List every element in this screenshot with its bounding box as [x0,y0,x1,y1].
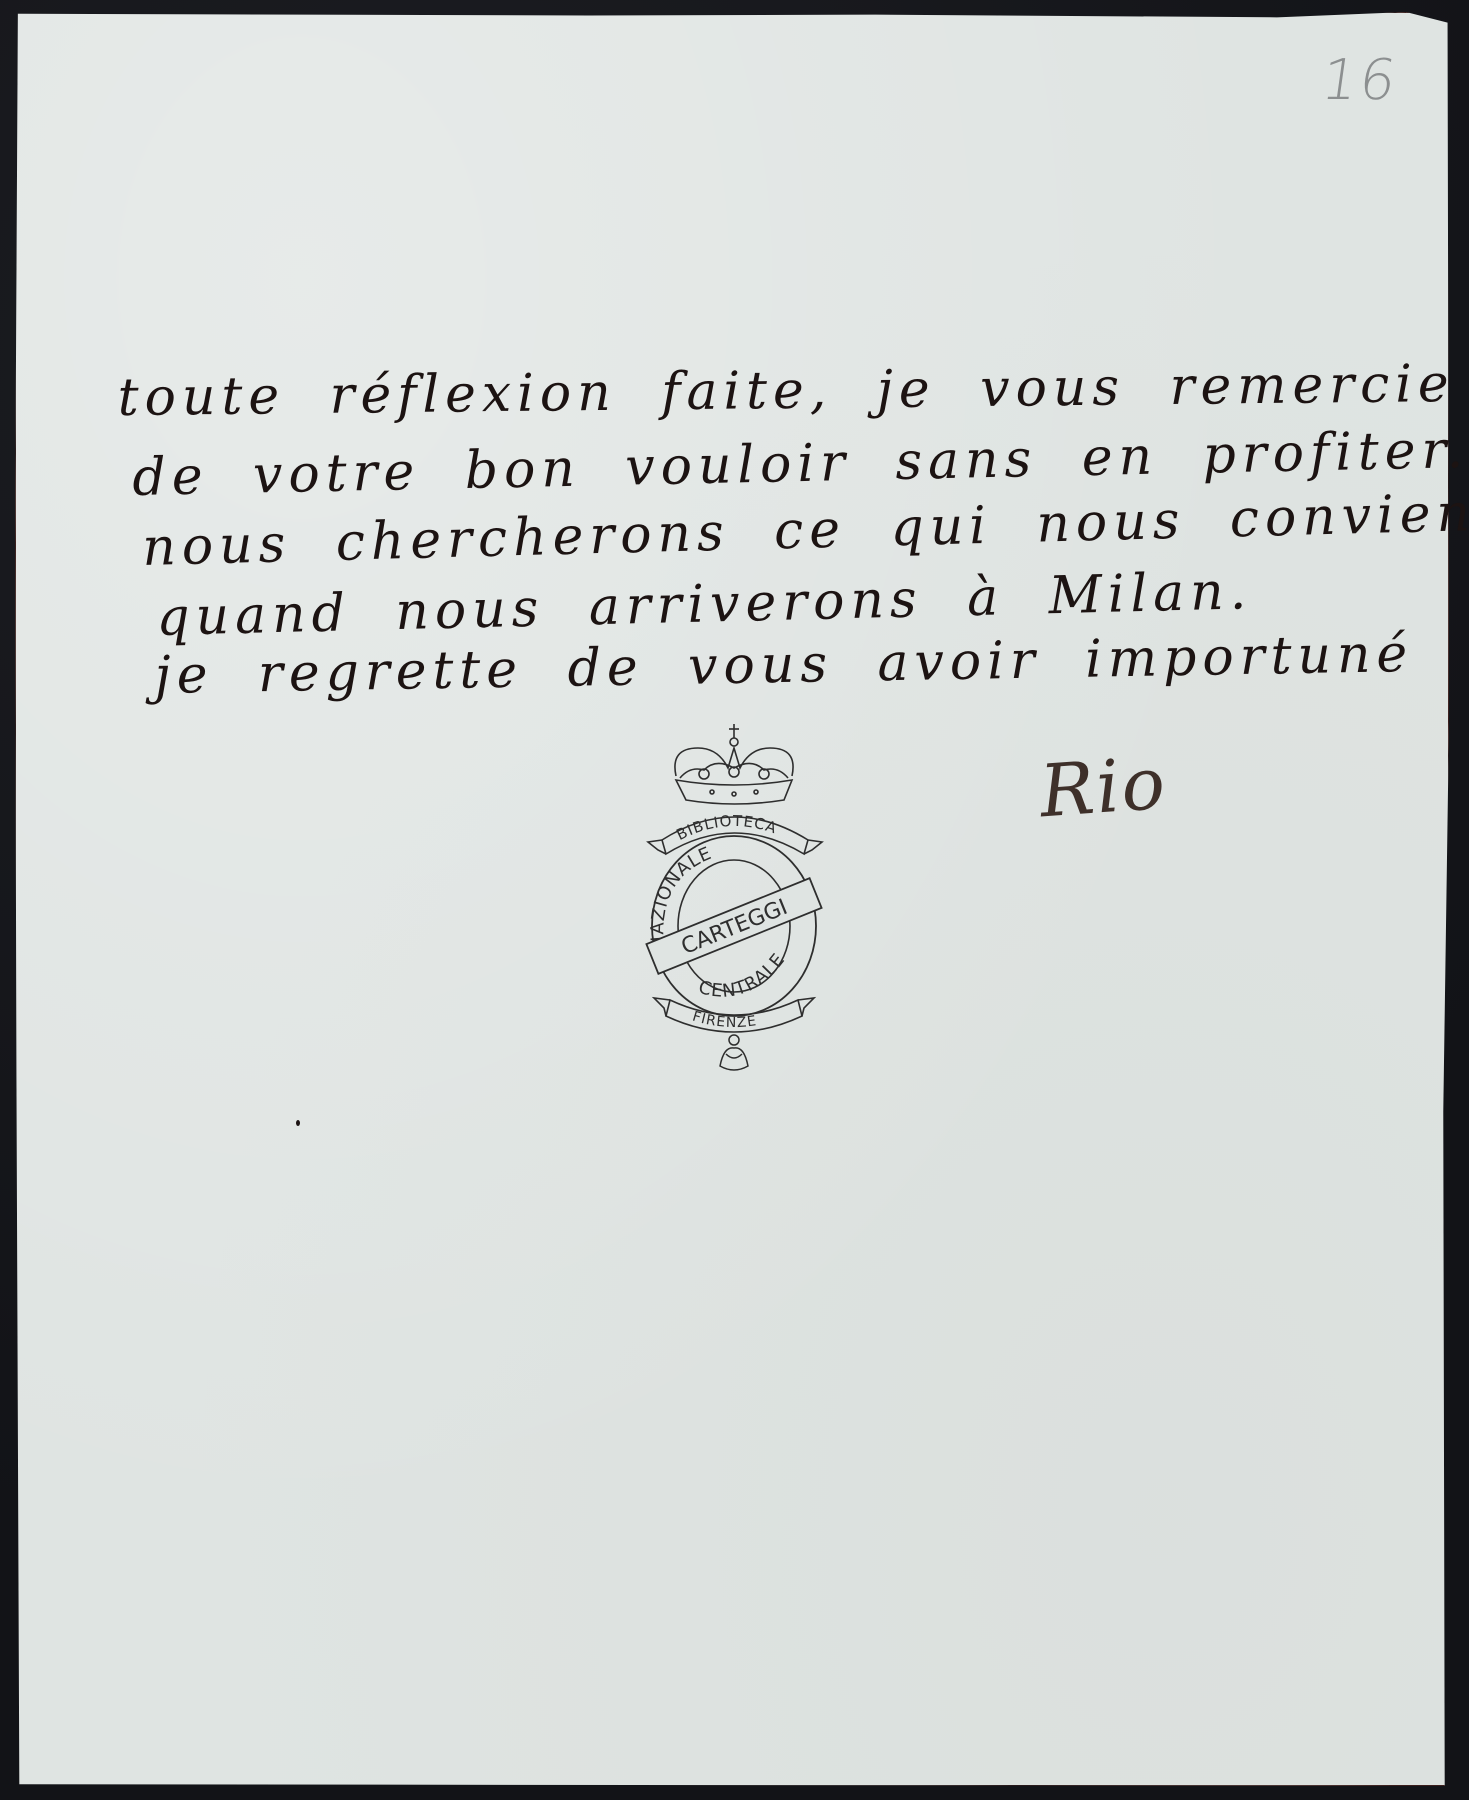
svg-text:BIBLIOTECA: BIBLIOTECA [673,812,779,844]
signature: Rio [1037,741,1169,834]
svg-text:CENTRALE: CENTRALE [696,949,789,1002]
library-stamp: BIBLIOTECA NAZIONALE CENTRALE CARTEGGI F… [640,718,830,1078]
page-number: 16 [1317,48,1401,113]
crown-icon [675,724,793,804]
ink-speck [296,1120,300,1126]
letter-line-1: toute réflexion faite, je vous remercie [117,358,1454,424]
tassel-icon [720,1035,748,1070]
